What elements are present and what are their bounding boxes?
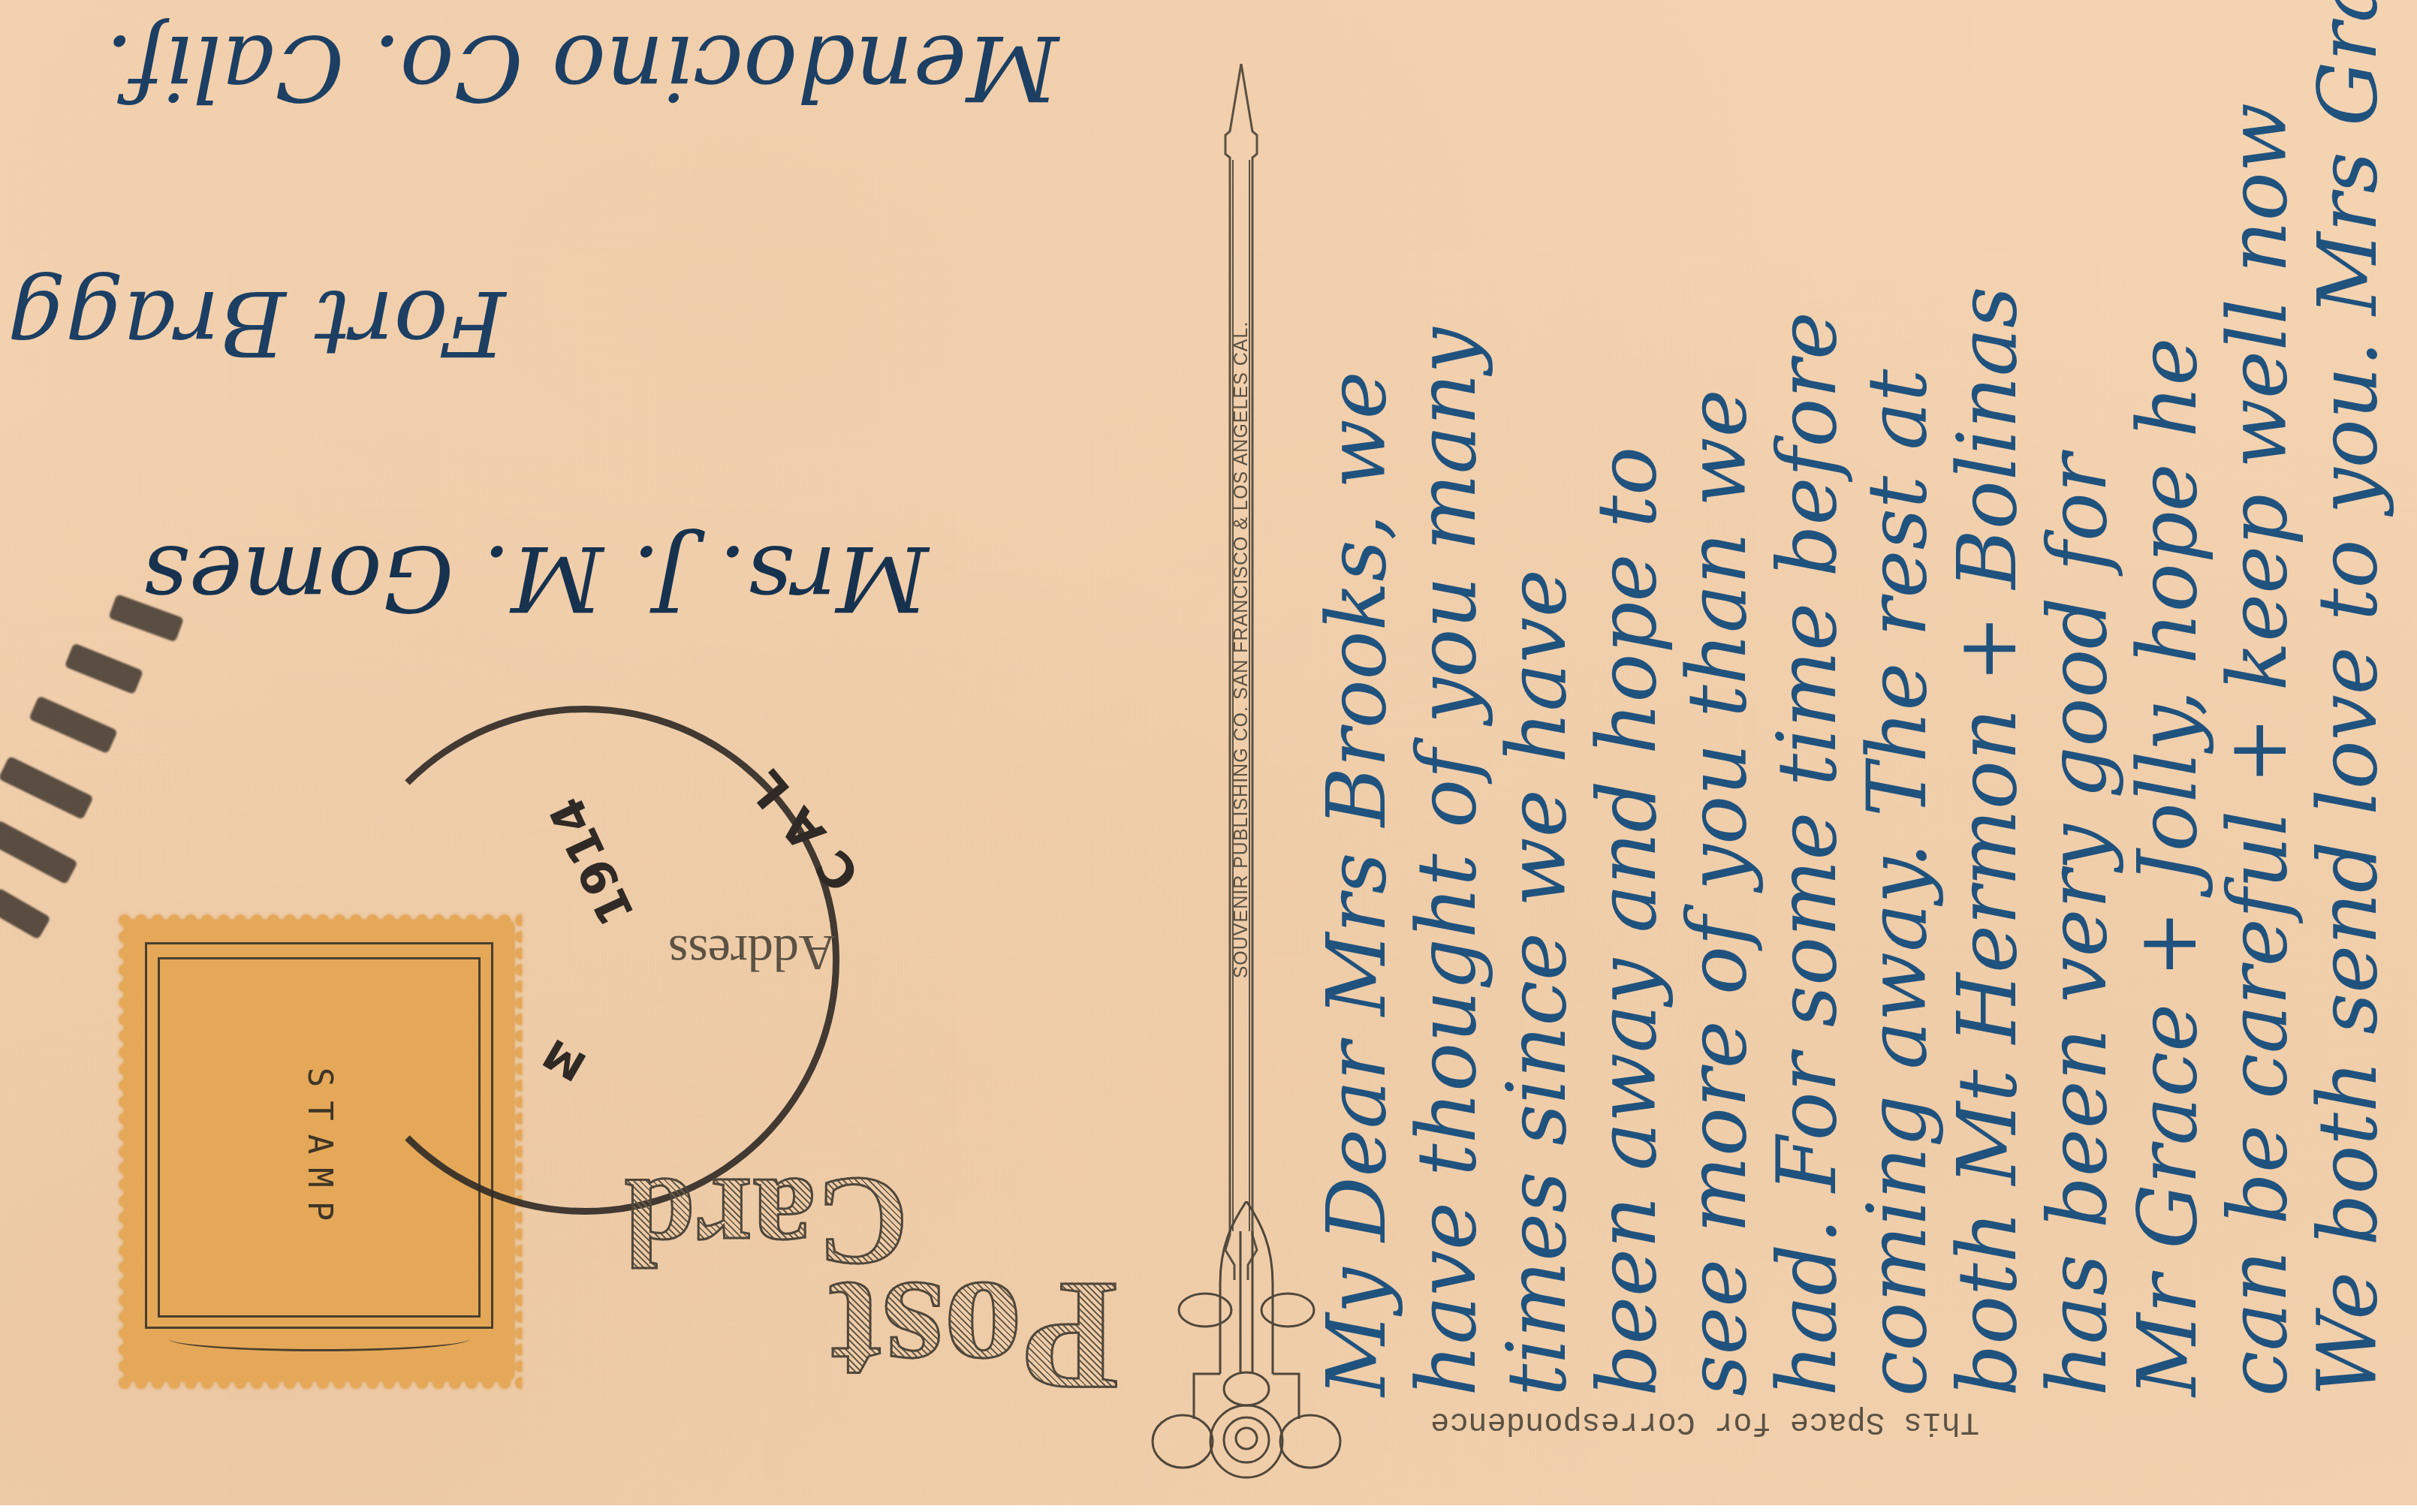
correspondence-line: coming away. The rest at	[1851, 369, 1945, 1396]
correspondence-line: both Mt Hermon + Bolinas	[1941, 287, 2035, 1396]
stamp-frame-curve	[169, 1327, 469, 1351]
post-card-logo: Card Post	[668, 1066, 1134, 1456]
cancellation-bar	[65, 643, 143, 694]
publisher-imprint: SOUVENIR PUBLISHING CO. SAN FRANCISCO & …	[1231, 180, 1252, 1119]
address-label: Address	[668, 923, 836, 983]
publisher-text: SOUVENIR PUBLISHING CO. SAN FRANCISCO & …	[1231, 321, 1253, 978]
correspondence-line: has been very good for	[2031, 453, 2125, 1396]
correspondence-line: times since we have	[1490, 569, 1584, 1396]
address-line-3: Mendocino Co. Calif.	[105, 15, 1059, 119]
logo-word-post: Post	[830, 1245, 1119, 1426]
cancellation-bar	[29, 695, 118, 754]
correspondence-line: see more of you than we	[1671, 389, 1765, 1396]
postcard-back: STAMP 1914 CAL M Address Card Post This …	[0, 0, 2417, 1505]
correspondence-text: My Dear Mrs Brooks, wehave thought of yo…	[1322, 0, 2417, 1426]
address-line-2: Fort Bragg	[8, 270, 505, 375]
correspondence-line: can be careful + keep well now	[2211, 103, 2305, 1396]
address-line-1: Mrs. J. M. Gomes	[143, 526, 929, 630]
cancellation-bar	[0, 887, 51, 939]
cancellation-bar	[0, 820, 78, 884]
cancellation-bar	[0, 756, 94, 820]
correspondence-line: Mr Grace + Jolly, hope he	[2121, 337, 2215, 1396]
correspondence-line: have thought of you many	[1400, 327, 1494, 1396]
stamp-label: STAMP	[300, 1067, 339, 1233]
correspondence-line: been away and hope to	[1581, 447, 1674, 1396]
correspondence-line: We both send love to you. Mrs Grace	[2301, 0, 2395, 1396]
correspondence-line: My Dear Mrs Brooks, we	[1310, 371, 1404, 1396]
correspondence-line: had. For some time before	[1761, 312, 1855, 1396]
